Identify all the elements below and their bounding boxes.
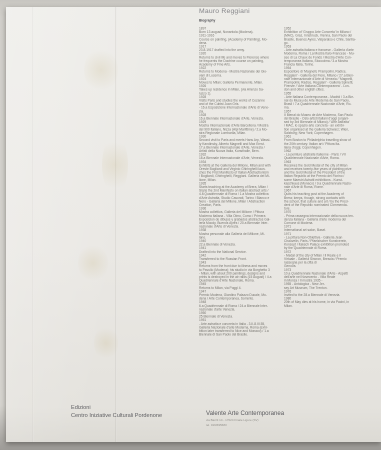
paper-stain bbox=[84, 47, 118, 93]
publisher-name: Centro Iniziative Culturali Pordenone bbox=[71, 413, 162, 419]
gallery-name: Valente Arte Contemporanea bbox=[206, 410, 284, 417]
bio-line: Milan. bbox=[284, 304, 364, 308]
bio-line: - 16.a Esposizione Internazionale d'Arte… bbox=[199, 106, 279, 110]
paper-stain bbox=[94, 325, 118, 361]
gallery-address: via Barrili 14 - 17024 Finale Ligure (SV… bbox=[206, 419, 276, 422]
paper-stain bbox=[102, 135, 128, 195]
photo-backdrop: { "page": { "title": "Mauro Reggiani", "… bbox=[0, 0, 381, 450]
paper-stain bbox=[78, 243, 108, 283]
bio-line: Biennale di San Paolo del Brasile. bbox=[199, 333, 279, 337]
page-crease bbox=[32, 7, 34, 442]
gallery-phone: tel. 019/695683 bbox=[206, 424, 276, 427]
publisher-label: Edizioni bbox=[71, 405, 91, 411]
bio-line: Course on painting, (Academy of Painting… bbox=[199, 38, 279, 42]
bio-column-left: 1897Born 13 august, Nonantola (Modena).1… bbox=[199, 27, 279, 337]
bio-line: Brasile, Buenos Ayres, Valparaiso e Chil… bbox=[284, 38, 364, 42]
bio-column-right: 1952Exhibition of 'Gruppo Arte Concreta'… bbox=[284, 27, 364, 308]
page-title: Mauro Reggiani bbox=[199, 8, 250, 15]
biography-heading: Biography bbox=[199, 19, 239, 23]
page-fold bbox=[115, 7, 117, 442]
